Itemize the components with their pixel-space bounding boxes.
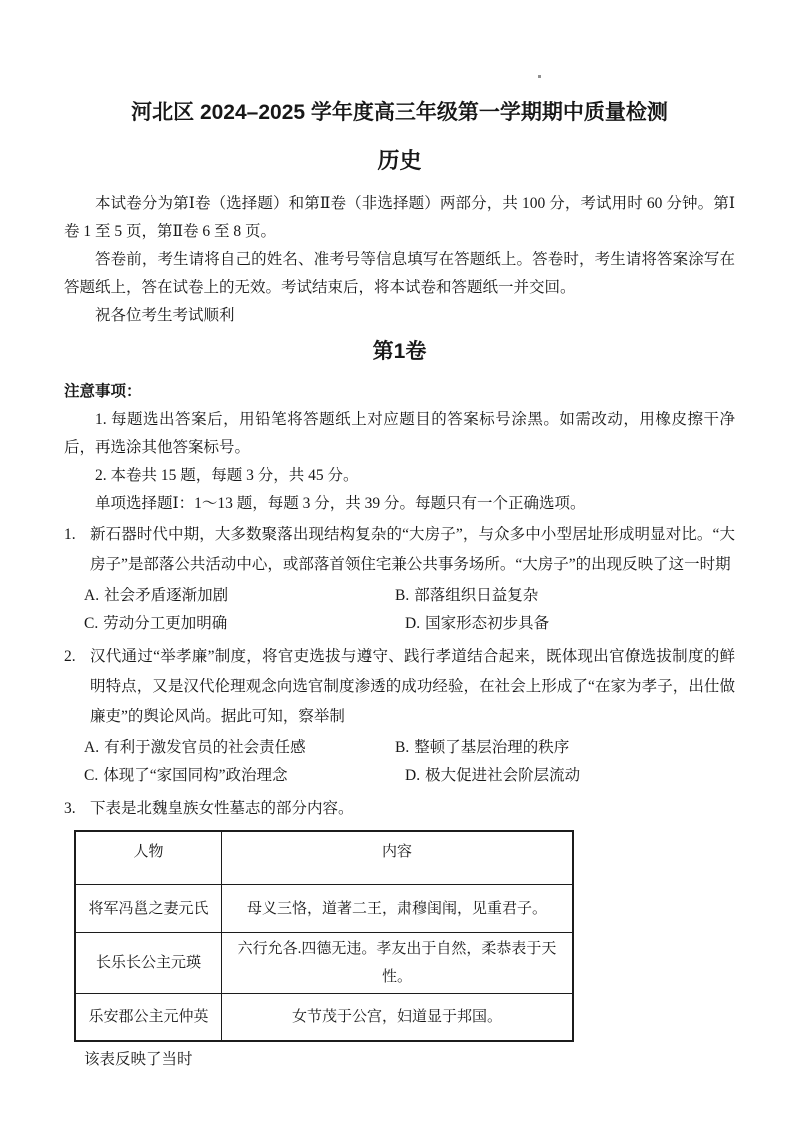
question-1: 1. 新石器时代中期，大多数聚落出现结构复杂的“大房子”，与众多中小型居址形成明… <box>64 520 735 638</box>
table-header-row: 人物 内容 <box>75 831 573 885</box>
table-header-person: 人物 <box>75 831 222 885</box>
option-a-label: A. <box>84 587 99 604</box>
option-d-label: D. <box>405 767 420 784</box>
question-2-option-b: B.整顿了基层治理的秩序 <box>395 734 735 762</box>
question-2-option-d: D.极大促进社会阶层流动 <box>395 762 735 790</box>
question-2-number: 2. <box>64 642 76 672</box>
option-c-text: 体现了“家国同构”政治理念 <box>103 767 287 784</box>
option-d-text: 极大促进社会阶层流动 <box>425 767 580 784</box>
notes-title: 注意事项： <box>64 378 735 406</box>
table-cell-person: 将军冯邕之妻元氏 <box>75 885 222 933</box>
option-b-label: B. <box>395 587 409 604</box>
table-cell-content: 母义三恪，道著二王，肃穆闺闱，见重君子。 <box>222 885 574 933</box>
question-3: 3. 下表是北魏皇族女性墓志的部分内容。 人物 内容 将军冯邕之妻元氏 母义三恪… <box>64 794 735 1074</box>
question-1-option-d: D.国家形态初步具备 <box>395 610 735 638</box>
option-c-label: C. <box>84 615 98 632</box>
exam-page: 河北区 2024–2025 学年度高三年级第一学期期中质量检测 历史 本试卷分为… <box>0 0 793 1121</box>
question-2-stem: 2. 汉代通过“举孝廉”制度，将官吏选拔与遵守、践行孝道结合起来，既体现出官僚选… <box>64 642 735 732</box>
option-a-text: 有利于激发官员的社会责任感 <box>104 739 306 756</box>
table-cell-content: 女节茂于公宫，妇道显于邦国。 <box>222 994 574 1042</box>
table-row: 乐安郡公主元仲英 女节茂于公宫，妇道显于邦国。 <box>75 994 573 1042</box>
table-header-content: 内容 <box>222 831 574 885</box>
note-item-1: 1. 每题选出答案后，用铅笔将答题纸上对应题目的答案标号涂黑。如需改动，用橡皮擦… <box>64 406 735 462</box>
question-2-option-a: A.有利于激发官员的社会责任感 <box>84 734 395 762</box>
intro-paragraph-answering: 答卷前，考生请将自己的姓名、准考号等信息填写在答题纸上。答卷时，考生请将答案涂写… <box>64 246 735 302</box>
note-item-2: 2. 本卷共 15 题，每题 3 分，共 45 分。 <box>64 462 735 490</box>
question-1-text: 新石器时代中期，大多数聚落出现结构复杂的“大房子”，与众多中小型居址形成明显对比… <box>90 526 735 573</box>
part-1-heading: 第1卷 <box>64 336 735 368</box>
intro-good-luck: 祝各位考生考试顺利 <box>64 302 735 330</box>
scan-artifact-speck <box>538 75 541 78</box>
question-2: 2. 汉代通过“举孝廉”制度，将官吏选拔与遵守、践行孝道结合起来，既体现出官僚选… <box>64 642 735 790</box>
question-1-option-a: A.社会矛盾逐渐加剧 <box>84 582 395 610</box>
question-3-stem: 3. 下表是北魏皇族女性墓志的部分内容。 <box>64 794 735 824</box>
question-1-option-b: B.部落组织日益复杂 <box>395 582 735 610</box>
exam-subject: 历史 <box>64 146 735 176</box>
option-a-label: A. <box>84 739 99 756</box>
table-row: 长乐长公主元瑛 六行允各.四德无违。孝友出于自然，柔恭表于天性。 <box>75 933 573 994</box>
question-2-options: A.有利于激发官员的社会责任感 B.整顿了基层治理的秩序 C.体现了“家国同构”… <box>64 734 735 790</box>
option-d-label: D. <box>405 615 420 632</box>
intro-paragraph-structure: 本试卷分为第Ⅰ卷（选择题）和第Ⅱ卷（非选择题）两部分，共 100 分，考试用时 … <box>64 190 735 246</box>
question-1-number: 1. <box>64 520 76 550</box>
note-item-3: 单项选择题Ⅰ：1～13 题，每题 3 分，共 39 分。每题只有一个正确选项。 <box>64 490 735 518</box>
question-2-option-c: C.体现了“家国同构”政治理念 <box>84 762 395 790</box>
question-2-text: 汉代通过“举孝廉”制度，将官吏选拔与遵守、践行孝道结合起来，既体现出官僚选拔制度… <box>90 648 735 725</box>
question-1-options: A.社会矛盾逐渐加剧 B.部落组织日益复杂 C.劳动分工更加明确 D.国家形态初… <box>64 582 735 638</box>
table-cell-person: 乐安郡公主元仲英 <box>75 994 222 1042</box>
table-cell-person: 长乐长公主元瑛 <box>75 933 222 994</box>
question-1-stem: 1. 新石器时代中期，大多数聚落出现结构复杂的“大房子”，与众多中小型居址形成明… <box>64 520 735 580</box>
question-1-option-c: C.劳动分工更加明确 <box>84 610 395 638</box>
option-b-label: B. <box>395 739 409 756</box>
table-cell-content: 六行允各.四德无违。孝友出于自然，柔恭表于天性。 <box>222 933 574 994</box>
epitaph-table: 人物 内容 将军冯邕之妻元氏 母义三恪，道著二王，肃穆闺闱，见重君子。 长乐长公… <box>74 830 574 1042</box>
option-c-label: C. <box>84 767 98 784</box>
option-a-text: 社会矛盾逐渐加剧 <box>104 587 228 604</box>
table-row: 将军冯邕之妻元氏 母义三恪，道著二王，肃穆闺闱，见重君子。 <box>75 885 573 933</box>
exam-title: 河北区 2024–2025 学年度高三年级第一学期期中质量检测 <box>64 98 735 128</box>
question-3-number: 3. <box>64 794 76 824</box>
option-c-text: 劳动分工更加明确 <box>103 615 227 632</box>
question-3-text: 下表是北魏皇族女性墓志的部分内容。 <box>90 800 354 817</box>
question-3-tail: 该表反映了当时 <box>64 1046 735 1074</box>
option-b-text: 整顿了基层治理的秩序 <box>414 739 569 756</box>
option-d-text: 国家形态初步具备 <box>425 615 549 632</box>
option-b-text: 部落组织日益复杂 <box>414 587 538 604</box>
